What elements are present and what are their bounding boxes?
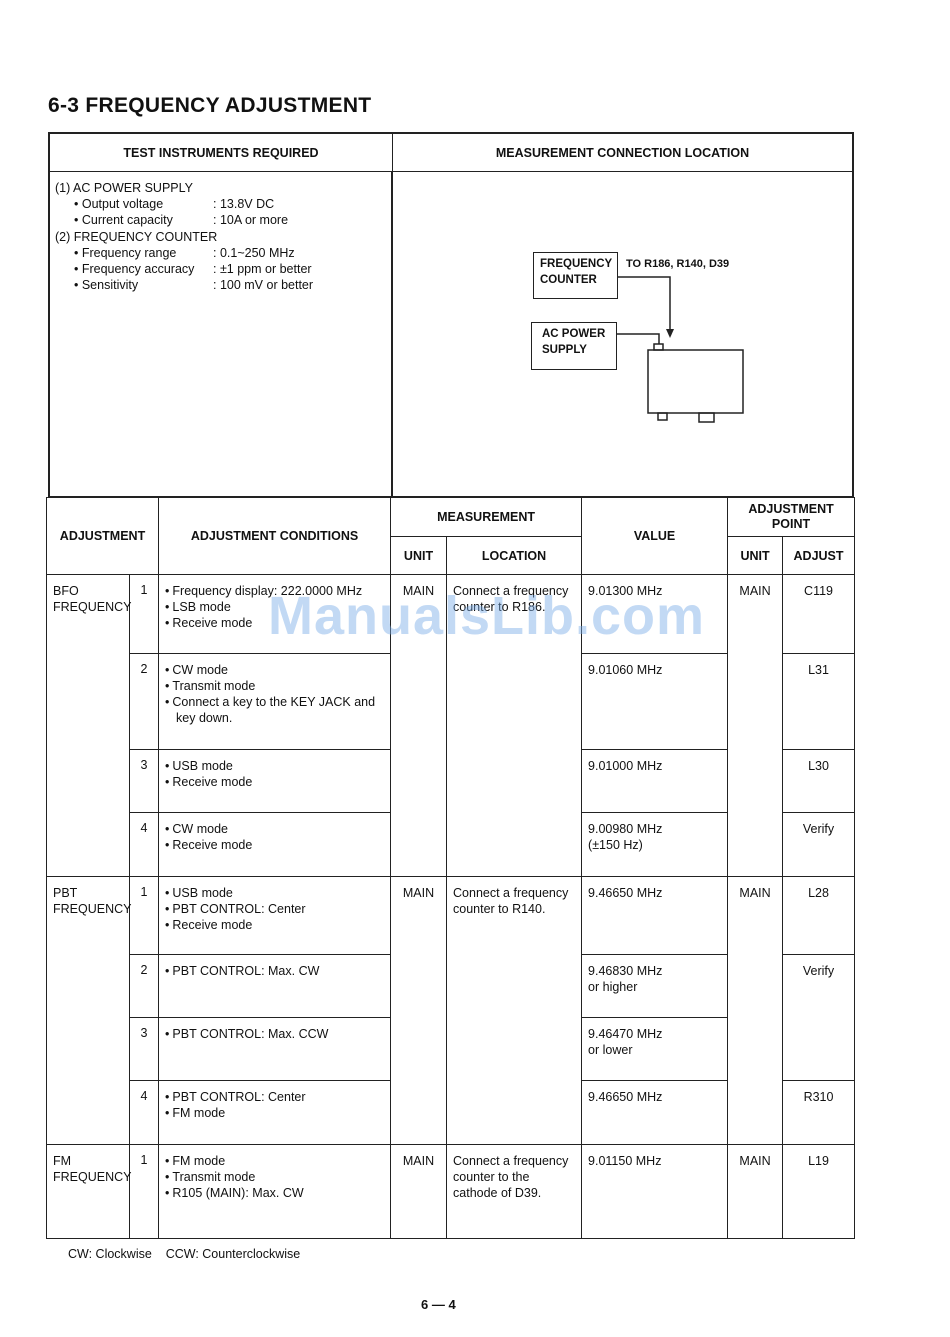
- transceiver-icon: [648, 350, 743, 413]
- step-number: 4: [130, 813, 158, 835]
- spec-value: : ±1 ppm or better: [213, 261, 312, 277]
- spec-value: : 10A or more: [213, 212, 288, 228]
- adjustment-point: Verify: [783, 955, 854, 983]
- value-line: 9.46650 MHz: [588, 1089, 721, 1105]
- frequency-counter-box: FREQUENCY COUNTER: [533, 252, 618, 299]
- header-meas-unit: UNIT: [391, 537, 447, 575]
- table-row: FMFREQUENCY1FM modeTransmit modeR105 (MA…: [47, 1145, 855, 1239]
- condition-item: CW mode: [165, 662, 384, 678]
- power-label-line1: AC POWER: [542, 327, 616, 343]
- step-number: 1: [130, 575, 158, 597]
- value-line: 9.01300 MHz: [588, 583, 721, 599]
- step-number: 1: [130, 1145, 158, 1167]
- adjustment-name-line: PBT: [53, 885, 123, 901]
- spec-value: : 13.8V DC: [213, 196, 274, 212]
- header-adj-adjust: ADJUST: [783, 537, 855, 575]
- header-measurement: MEASUREMENT: [391, 498, 582, 537]
- step-number: 3: [130, 1018, 158, 1040]
- connection-target-label: TO R186, R140, D39: [626, 258, 729, 270]
- adjustment-name: PBTFREQUENCY: [47, 877, 129, 921]
- page-number: 6 — 4: [421, 1297, 456, 1312]
- adjustment-name-line: FREQUENCY: [53, 1169, 123, 1185]
- adjustment-unit: MAIN: [728, 1145, 782, 1173]
- counter-label-line2: COUNTER: [540, 273, 617, 289]
- instrument-spec: • Current capacity: 10A or more: [55, 212, 313, 228]
- adjustment-point: R310: [783, 1081, 854, 1109]
- connection-diagram: FREQUENCY COUNTER AC POWER SUPPLY TO R18…: [393, 172, 852, 498]
- condition-item: Receive mode: [165, 837, 384, 853]
- header-adj-unit: UNIT: [728, 537, 783, 575]
- instruments-list: (1) AC POWER SUPPLY• Output voltage: 13.…: [55, 180, 313, 293]
- power-label-line2: SUPPLY: [542, 343, 616, 359]
- measurement-value: 9.01150 MHz: [582, 1145, 727, 1173]
- adjustment-table: ADJUSTMENT ADJUSTMENT CONDITIONS MEASURE…: [46, 497, 855, 1239]
- condition-item: FM mode: [165, 1153, 384, 1169]
- measurement-value: 9.46470 MHzor lower: [582, 1018, 727, 1062]
- instrument-spec: • Frequency accuracy: ±1 ppm or better: [55, 261, 313, 277]
- instrument-spec: • Frequency range: 0.1~250 MHz: [55, 245, 313, 261]
- adjustment-conditions: CW modeTransmit modeConnect a key to the…: [159, 654, 390, 730]
- header-meas-location: LOCATION: [447, 537, 582, 575]
- condition-item: Transmit mode: [165, 1169, 384, 1185]
- value-line: (±150 Hz): [588, 837, 721, 853]
- adjustment-conditions: PBT CONTROL: Max. CW: [159, 955, 390, 983]
- instruments-header: TEST INSTRUMENTS REQUIRED: [50, 134, 393, 172]
- instrument-spec: • Sensitivity: 100 mV or better: [55, 277, 313, 293]
- adjustment-point: L31: [783, 654, 854, 682]
- measurement-location: Connect a frequency counter to R186.: [447, 575, 581, 619]
- measurement-location: Connect a frequency counter to R140.: [447, 877, 581, 921]
- counter-label-line1: FREQUENCY: [540, 257, 617, 273]
- adjustment-point: L19: [783, 1145, 854, 1173]
- value-line: 9.00980 MHz: [588, 821, 721, 837]
- step-number: 2: [130, 955, 158, 977]
- adjustment-unit: MAIN: [728, 877, 782, 905]
- header-adjustment-point: ADJUSTMENT POINT: [728, 498, 855, 537]
- adjustment-conditions: Frequency display: 222.0000 MHzLSB modeR…: [159, 575, 390, 635]
- measurement-value: 9.01300 MHz: [582, 575, 727, 603]
- spec-value: : 100 mV or better: [213, 277, 313, 293]
- adjustment-unit: MAIN: [728, 575, 782, 603]
- instruments-and-connection-table: TEST INSTRUMENTS REQUIRED MEASUREMENT CO…: [48, 132, 854, 498]
- step-number: 1: [130, 877, 158, 899]
- ac-power-supply-box: AC POWER SUPPLY: [531, 322, 617, 370]
- step-number: 4: [130, 1081, 158, 1103]
- adjustment-name-line: BFO: [53, 583, 123, 599]
- value-line: or lower: [588, 1042, 721, 1058]
- condition-item: FM mode: [165, 1105, 384, 1121]
- measurement-location: Connect a frequency counter to the catho…: [447, 1145, 581, 1205]
- adjustment-name: BFOFREQUENCY: [47, 575, 129, 619]
- spec-label: • Current capacity: [74, 212, 213, 228]
- condition-item: Receive mode: [165, 774, 384, 790]
- condition-item: PBT CONTROL: Max. CW: [165, 963, 384, 979]
- instrument-heading: (1) AC POWER SUPPLY: [55, 180, 313, 196]
- condition-item: LSB mode: [165, 599, 384, 615]
- adjustment-point: C119: [783, 575, 854, 603]
- value-line: or higher: [588, 979, 721, 995]
- spec-label: • Frequency accuracy: [74, 261, 213, 277]
- condition-item: PBT CONTROL: Center: [165, 901, 384, 917]
- value-line: 9.01060 MHz: [588, 662, 721, 678]
- adjustment-conditions: CW modeReceive mode: [159, 813, 390, 857]
- condition-item: Receive mode: [165, 917, 384, 933]
- connection-header: MEASUREMENT CONNECTION LOCATION: [393, 134, 852, 172]
- spec-label: • Output voltage: [74, 196, 213, 212]
- instrument-spec: • Output voltage: 13.8V DC: [55, 196, 313, 212]
- value-line: 9.46650 MHz: [588, 885, 721, 901]
- spec-value: : 0.1~250 MHz: [213, 245, 295, 261]
- adjustment-point: L30: [783, 750, 854, 778]
- page-title: 6-3 FREQUENCY ADJUSTMENT: [48, 94, 371, 118]
- table-row: PBTFREQUENCY1USB modePBT CONTROL: Center…: [47, 877, 855, 955]
- footnote: CW: Clockwise CCW: Counterclockwise: [68, 1247, 300, 1261]
- condition-item: PBT CONTROL: Center: [165, 1089, 384, 1105]
- measurement-value: 9.01000 MHz: [582, 750, 727, 778]
- spec-label: • Frequency range: [74, 245, 213, 261]
- measurement-value: 9.46650 MHz: [582, 1081, 727, 1109]
- value-line: 9.01150 MHz: [588, 1153, 721, 1169]
- header-value: VALUE: [582, 498, 728, 575]
- connection-lines: [393, 172, 852, 498]
- condition-item: Transmit mode: [165, 678, 384, 694]
- header-adjustment: ADJUSTMENT: [47, 498, 159, 575]
- condition-item: PBT CONTROL: Max. CCW: [165, 1026, 384, 1042]
- step-number: 2: [130, 654, 158, 676]
- condition-item: USB mode: [165, 758, 384, 774]
- table-row: BFOFREQUENCY1Frequency display: 222.0000…: [47, 575, 855, 654]
- condition-item: Connect a key to the KEY JACK and key do…: [165, 694, 384, 726]
- condition-item: USB mode: [165, 885, 384, 901]
- measurement-value: 9.46830 MHzor higher: [582, 955, 727, 999]
- measurement-value: 9.00980 MHz(±150 Hz): [582, 813, 727, 857]
- measurement-unit: MAIN: [391, 575, 446, 603]
- adjustment-point: Verify: [783, 813, 854, 841]
- device-connector-icon: [654, 344, 663, 350]
- condition-item: Receive mode: [165, 615, 384, 631]
- adjustment-conditions: FM modeTransmit modeR105 (MAIN): Max. CW: [159, 1145, 390, 1205]
- adjustment-conditions: USB modePBT CONTROL: CenterReceive mode: [159, 877, 390, 937]
- condition-item: R105 (MAIN): Max. CW: [165, 1185, 384, 1201]
- step-number: 3: [130, 750, 158, 772]
- adjustment-name-line: FREQUENCY: [53, 599, 123, 615]
- condition-item: CW mode: [165, 821, 384, 837]
- value-line: 9.01000 MHz: [588, 758, 721, 774]
- measurement-value: 9.01060 MHz: [582, 654, 727, 682]
- adjustment-point: L28: [783, 877, 854, 905]
- value-line: 9.46470 MHz: [588, 1026, 721, 1042]
- measurement-value: 9.46650 MHz: [582, 877, 727, 905]
- header-conditions: ADJUSTMENT CONDITIONS: [159, 498, 391, 575]
- adjustment-name: FMFREQUENCY: [47, 1145, 129, 1189]
- instrument-heading: (2) FREQUENCY COUNTER: [55, 229, 313, 245]
- arrow-down-icon: [666, 329, 674, 338]
- measurement-unit: MAIN: [391, 1145, 446, 1173]
- value-line: 9.46830 MHz: [588, 963, 721, 979]
- adjustment-conditions: PBT CONTROL: Max. CCW: [159, 1018, 390, 1046]
- adjustment-conditions: USB modeReceive mode: [159, 750, 390, 794]
- measurement-unit: MAIN: [391, 877, 446, 905]
- condition-item: Frequency display: 222.0000 MHz: [165, 583, 384, 599]
- adjustment-name-line: FM: [53, 1153, 123, 1169]
- adjustment-conditions: PBT CONTROL: CenterFM mode: [159, 1081, 390, 1125]
- spec-label: • Sensitivity: [74, 277, 213, 293]
- adjustment-name-line: FREQUENCY: [53, 901, 123, 917]
